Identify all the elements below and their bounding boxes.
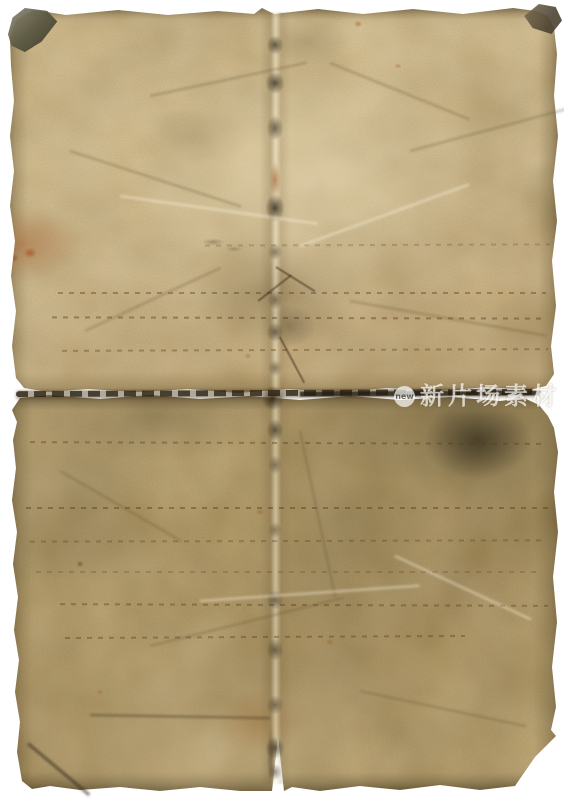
ruled-line <box>58 292 546 294</box>
photo-canvas: new 新片场素材 <box>0 0 564 800</box>
watermark-logo-icon: new <box>394 386 415 407</box>
watermark-logo-text: new <box>395 392 414 401</box>
watermark: new 新片场素材 <box>394 384 560 408</box>
ruled-line <box>36 571 541 573</box>
watermark-text: 新片场素材 <box>420 384 560 408</box>
ruled-line <box>26 507 548 509</box>
vertical-fold-stitches <box>260 12 290 784</box>
